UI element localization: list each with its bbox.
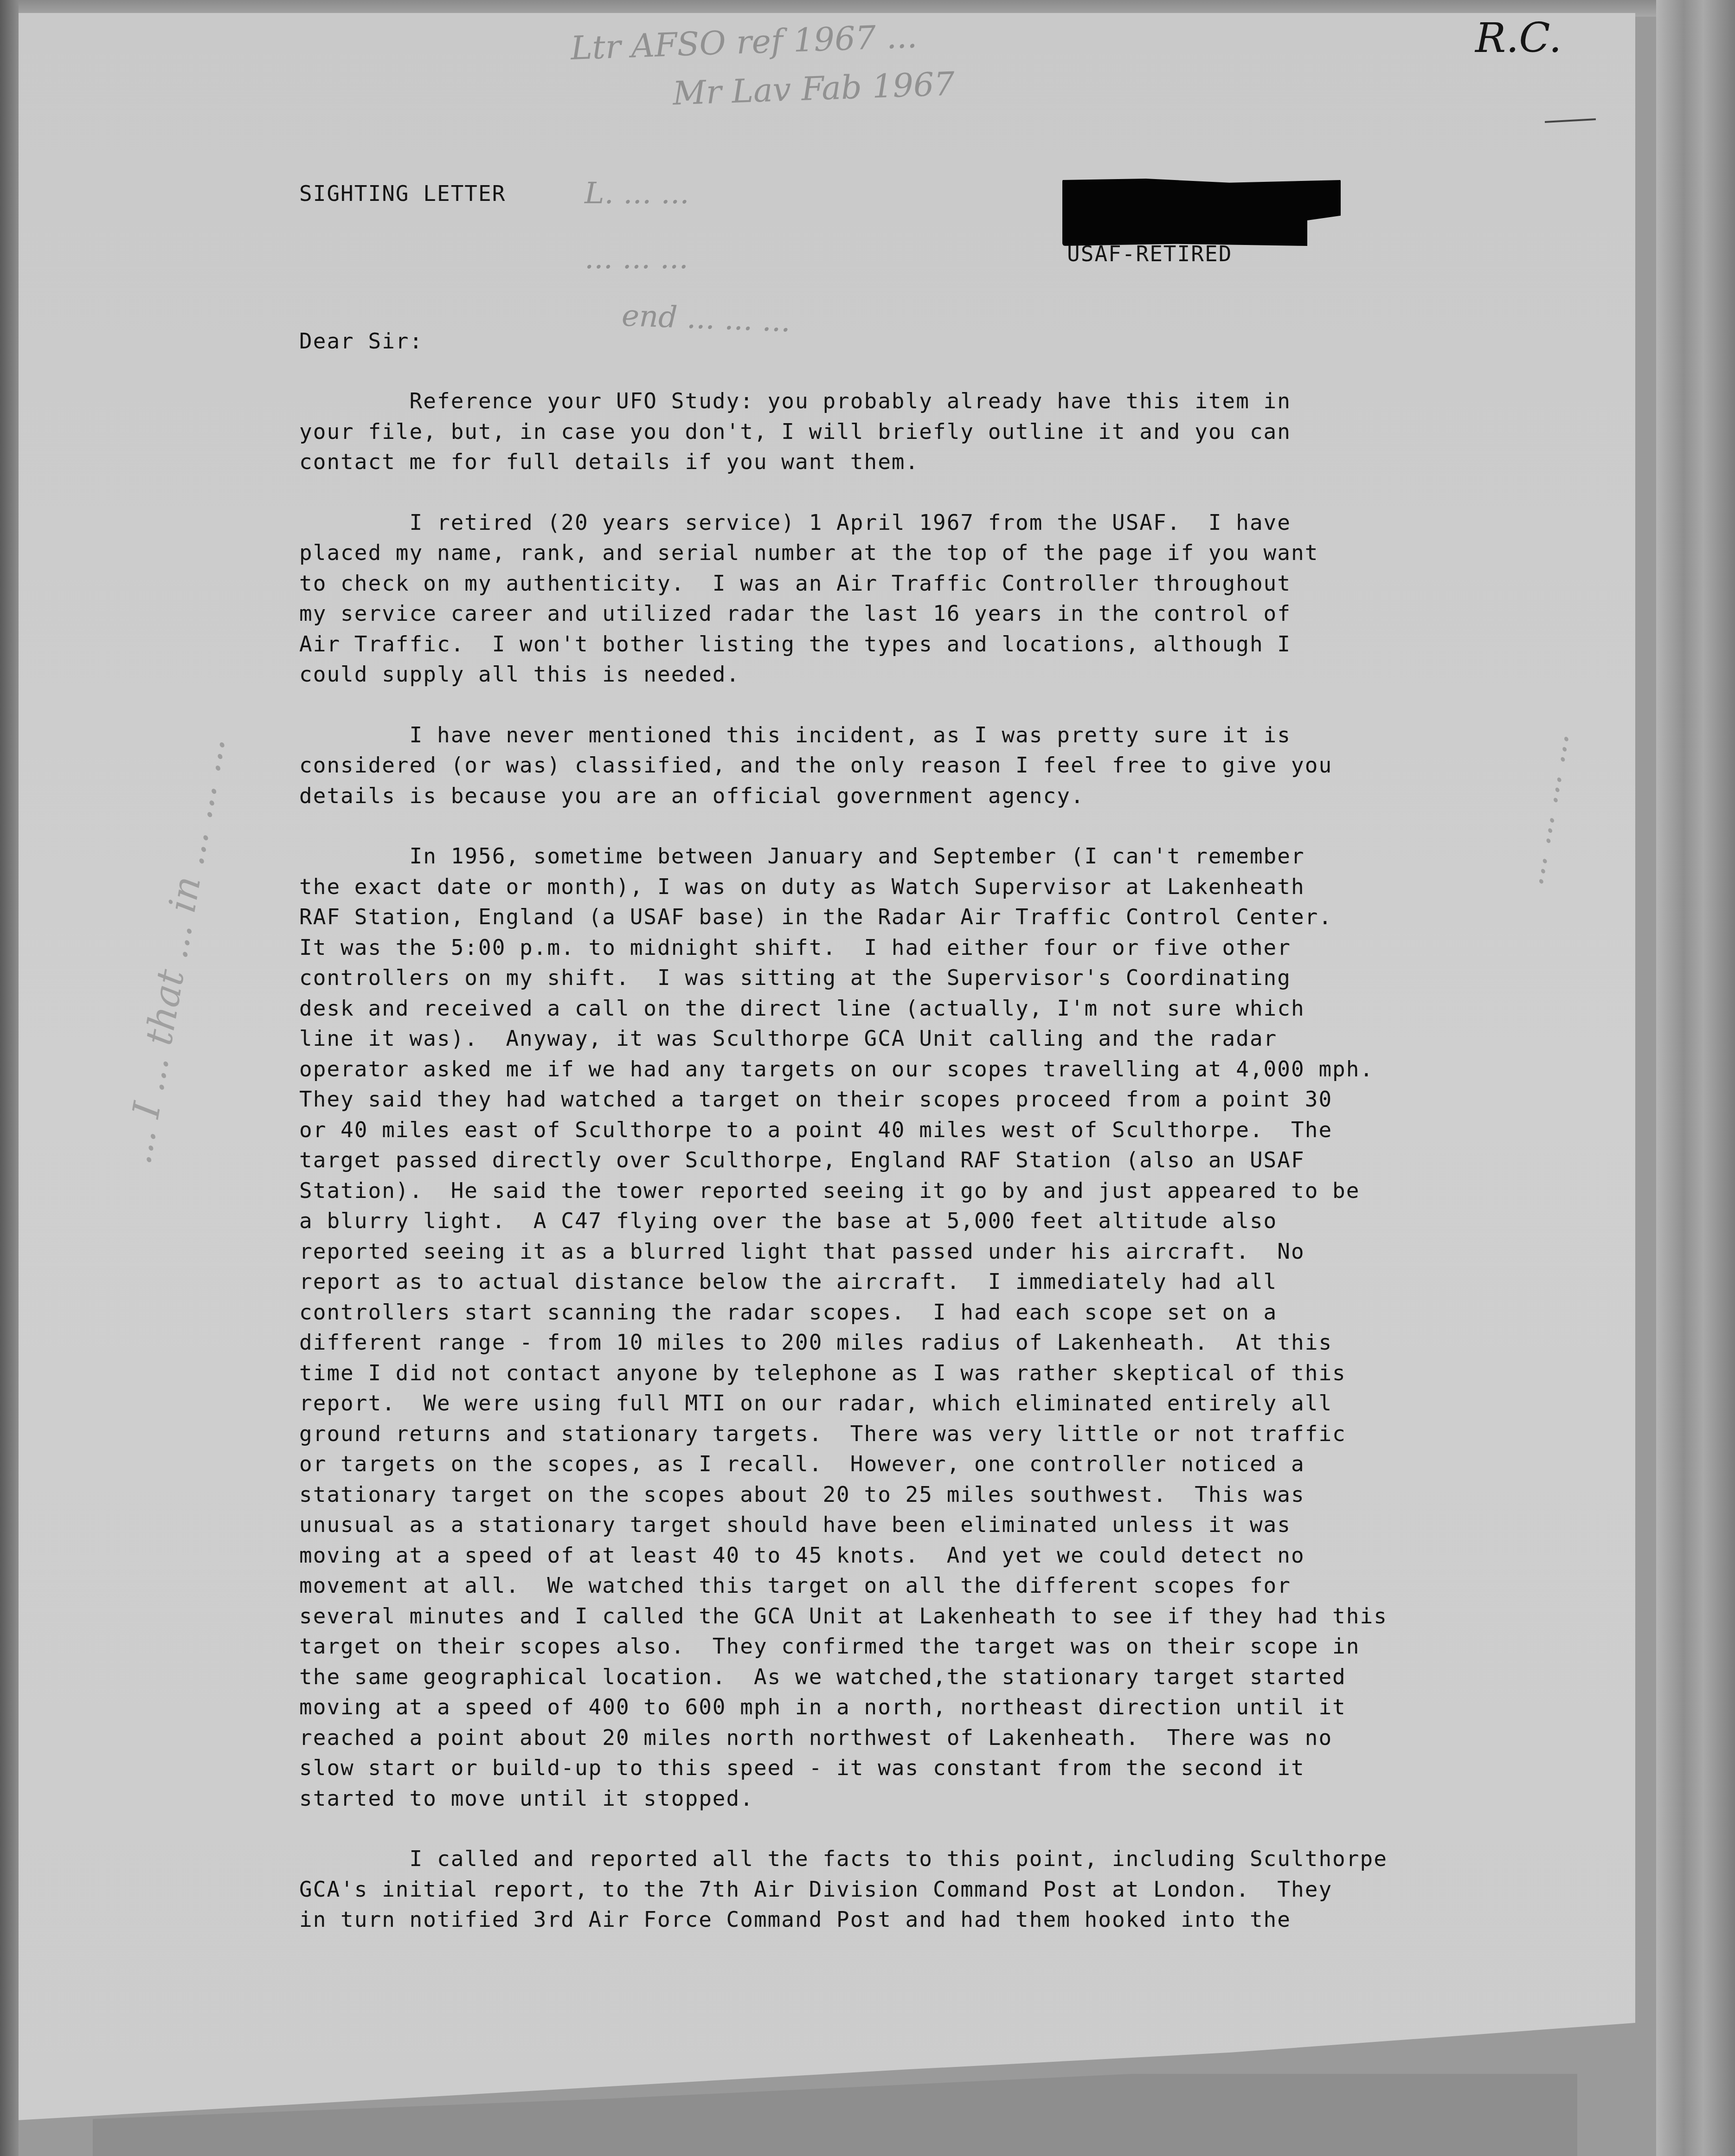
text-line: report as to actual distance below the a… bbox=[299, 1267, 1529, 1297]
text-line: stationary target on the scopes about 20… bbox=[299, 1480, 1529, 1510]
text-line: unusual as a stationary target should ha… bbox=[299, 1510, 1529, 1540]
paragraph-3: I have never mentioned this incident, as… bbox=[299, 720, 1529, 811]
scan-frame-right bbox=[1656, 0, 1735, 2156]
text-line: or 40 miles east of Sculthorpe to a poin… bbox=[299, 1115, 1529, 1146]
text-line: target passed directly over Sculthorpe, … bbox=[299, 1145, 1529, 1176]
text-line: GCA's initial report, to the 7th Air Div… bbox=[299, 1874, 1529, 1905]
text-line: started to move until it stopped. bbox=[299, 1783, 1529, 1814]
text-line: slow start or build-up to this speed - i… bbox=[299, 1753, 1529, 1783]
text-line: ground returns and stationary targets. T… bbox=[299, 1419, 1529, 1449]
text-line: several minutes and I called the GCA Uni… bbox=[299, 1601, 1529, 1632]
text-line: different range - from 10 miles to 200 m… bbox=[299, 1327, 1529, 1358]
faint-note-4: ... ... ... bbox=[585, 241, 688, 276]
text-line: or targets on the scopes, as I recall. H… bbox=[299, 1449, 1529, 1480]
text-line: Air Traffic. I won't bother listing the … bbox=[299, 629, 1529, 660]
text-line: Station). He said the tower reported see… bbox=[299, 1176, 1529, 1206]
redacted-name-block bbox=[1062, 179, 1341, 246]
text-line: I called and reported all the facts to t… bbox=[299, 1844, 1529, 1874]
text-line: controllers start scanning the radar sco… bbox=[299, 1297, 1529, 1328]
text-line: I retired (20 years service) 1 April 196… bbox=[299, 508, 1529, 538]
text-line: details is because you are an official g… bbox=[299, 781, 1529, 811]
scan-frame-left bbox=[0, 0, 19, 2156]
text-line: I have never mentioned this incident, as… bbox=[299, 720, 1529, 751]
text-line: operator asked me if we had any targets … bbox=[299, 1054, 1529, 1085]
paragraph-4: In 1956, sometime between January and Se… bbox=[299, 841, 1529, 1814]
text-line: Reference your UFO Study: you probably a… bbox=[299, 386, 1529, 417]
text-line: controllers on my shift. I was sitting a… bbox=[299, 963, 1529, 993]
paragraph-5: I called and reported all the facts to t… bbox=[299, 1844, 1529, 1935]
letter-body: Reference your UFO Study: you probably a… bbox=[299, 386, 1529, 1965]
handwritten-initials: R.C. bbox=[1475, 14, 1561, 62]
text-line: placed my name, rank, and serial number … bbox=[299, 538, 1529, 568]
text-line: desk and received a call on the direct l… bbox=[299, 993, 1529, 1024]
paragraph-1: Reference your UFO Study: you probably a… bbox=[299, 386, 1529, 477]
text-line: a blurry light. A C47 flying over the ba… bbox=[299, 1206, 1529, 1236]
text-line: time I did not contact anyone by telepho… bbox=[299, 1358, 1529, 1389]
faint-note-5: end ... ... ... bbox=[621, 299, 791, 339]
text-line: moving at a speed of at least 40 to 45 k… bbox=[299, 1540, 1529, 1571]
text-line: It was the 5:00 p.m. to midnight shift. … bbox=[299, 933, 1529, 963]
text-line: could supply all this is needed. bbox=[299, 659, 1529, 690]
text-line: line it was). Anyway, it was Sculthorpe … bbox=[299, 1023, 1529, 1054]
text-line: In 1956, sometime between January and Se… bbox=[299, 841, 1529, 872]
paragraph-2: I retired (20 years service) 1 April 196… bbox=[299, 508, 1529, 690]
text-line: considered (or was) classified, and the … bbox=[299, 750, 1529, 781]
text-line: They said they had watched a target on t… bbox=[299, 1084, 1529, 1115]
text-line: in turn notified 3rd Air Force Command P… bbox=[299, 1905, 1529, 1935]
text-line: RAF Station, England (a USAF base) in th… bbox=[299, 902, 1529, 933]
text-line: the exact date or month), I was on duty … bbox=[299, 872, 1529, 902]
sender-status: USAF-RETIRED bbox=[1067, 239, 1232, 269]
text-line: your file, but, in case you don't, I wil… bbox=[299, 417, 1529, 447]
text-line: moving at a speed of 400 to 600 mph in a… bbox=[299, 1692, 1529, 1723]
letter-title: SIGHTING LETTER bbox=[299, 179, 506, 209]
text-line: contact me for full details if you want … bbox=[299, 447, 1529, 477]
text-line: report. We were using full MTI on our ra… bbox=[299, 1388, 1529, 1419]
text-line: reached a point about 20 miles north nor… bbox=[299, 1723, 1529, 1753]
text-line: my service career and utilized radar the… bbox=[299, 599, 1529, 629]
text-line: to check on my authenticity. I was an Ai… bbox=[299, 568, 1529, 599]
text-line: movement at all. We watched this target … bbox=[299, 1570, 1529, 1601]
faint-note-3: L. ... ... bbox=[585, 176, 689, 211]
text-line: the same geographical location. As we wa… bbox=[299, 1662, 1529, 1693]
salutation: Dear Sir: bbox=[299, 326, 423, 356]
text-line: target on their scopes also. They confir… bbox=[299, 1631, 1529, 1662]
text-line: reported seeing it as a blurred light th… bbox=[299, 1236, 1529, 1267]
